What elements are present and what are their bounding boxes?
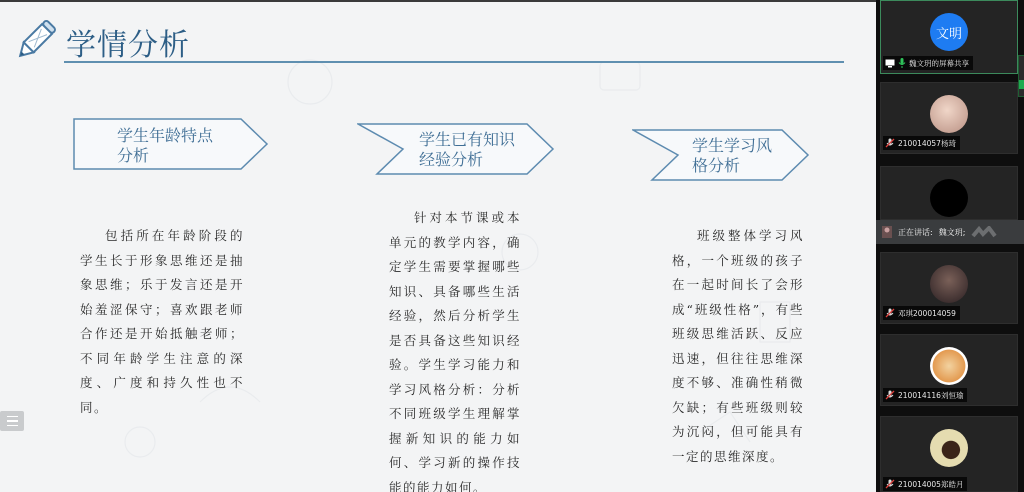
section-heading-line: 分析 xyxy=(117,146,213,166)
slide-menu-toggle[interactable] xyxy=(0,411,24,431)
panel-scrollbar[interactable] xyxy=(1018,55,1024,97)
slide-header: 学情分析 xyxy=(10,18,850,64)
participant-label: 邓琪200014059 xyxy=(883,306,960,320)
section-heading-line: 学生学习风 xyxy=(692,136,772,156)
avatar xyxy=(930,429,968,467)
section-heading-line: 经验分析 xyxy=(419,150,515,170)
participant-label: 210014116刘恒瑜 xyxy=(883,388,967,402)
pencil-icon xyxy=(12,18,58,64)
speaker-avatar-icon xyxy=(882,226,892,238)
participant-name: 210014116刘恒瑜 xyxy=(898,390,963,401)
avatar xyxy=(930,95,968,133)
participants-panel: 文明 魏文玥的屏幕共享 210014057杨琦 正在讲话: 魏文玥; 邓琪200… xyxy=(876,0,1024,492)
participant-name: 210014005郑皓月 xyxy=(898,479,963,490)
participant-tile[interactable] xyxy=(880,166,1018,220)
avatar-initials: 文明 xyxy=(930,13,968,51)
participant-name: 邓琪200014059 xyxy=(898,308,956,319)
mic-on-icon xyxy=(898,58,906,68)
participant-tile[interactable]: 210014116刘恒瑜 xyxy=(880,334,1018,406)
section-heading-line: 学生已有知识 xyxy=(419,130,515,150)
participant-tile[interactable]: 邓琪200014059 xyxy=(880,252,1018,324)
section-body-knowledge: 针对本节课或本单元的教学内容，确定学生需要掌握哪些知识、具备哪些生活经验，然后分… xyxy=(389,206,521,492)
section-heading-line: 学生年龄特点 xyxy=(117,126,213,146)
slide-title: 学情分析 xyxy=(66,20,190,64)
shared-slide: 学情分析 学生年龄特点 分析 学生已有知识 经验分析 学生学习风 格分析 包括所… xyxy=(0,0,876,492)
avatar xyxy=(930,179,968,217)
section-heading-knowledge: 学生已有知识 经验分析 xyxy=(357,123,555,175)
participant-label: 210014057杨琦 xyxy=(883,136,960,150)
title-divider xyxy=(64,61,844,63)
section-heading-line: 格分析 xyxy=(692,156,772,176)
presenter-tile[interactable]: 文明 魏文玥的屏幕共享 xyxy=(880,0,1018,74)
section-heading-style: 学生学习风 格分析 xyxy=(632,129,810,181)
participant-tile[interactable]: 210014057杨琦 xyxy=(880,82,1018,154)
speaking-name: 魏文玥; xyxy=(939,227,966,238)
avatar xyxy=(930,347,968,385)
presenter-name: 魏文玥的屏幕共享 xyxy=(909,58,969,69)
menu-icon-bar xyxy=(7,425,18,427)
scrollbar-thumb[interactable] xyxy=(1019,80,1024,89)
screen-share-icon xyxy=(885,59,895,68)
mic-muted-icon xyxy=(885,138,895,148)
speaking-prefix: 正在讲话: xyxy=(898,227,933,238)
mic-muted-icon xyxy=(885,479,895,489)
section-heading-age: 学生年龄特点 分析 xyxy=(73,118,269,170)
menu-icon-bar xyxy=(7,420,18,422)
participant-tile[interactable]: 210014005郑皓月 xyxy=(880,416,1018,492)
section-body-style: 班级整体学习风格，一个班级的孩子在一起时间长了会形成“班级性格”，有些班级思维活… xyxy=(672,224,804,469)
mic-muted-icon xyxy=(885,390,895,400)
participant-name: 210014057杨琦 xyxy=(898,138,956,149)
speaking-indicator: 正在讲话: 魏文玥; xyxy=(876,220,1024,244)
mic-muted-icon xyxy=(885,308,895,318)
avatar xyxy=(930,265,968,303)
avatar: 文明 xyxy=(930,13,968,51)
presenter-label: 魏文玥的屏幕共享 xyxy=(883,56,973,70)
voice-wave-icon xyxy=(971,226,1001,238)
participant-label: 210014005郑皓月 xyxy=(883,477,967,491)
section-body-age: 包括所在年龄阶段的学生长于形象思维还是抽象思维；乐于发言还是开始羞涩保守；喜欢跟… xyxy=(80,224,244,420)
menu-icon-bar xyxy=(7,416,18,418)
